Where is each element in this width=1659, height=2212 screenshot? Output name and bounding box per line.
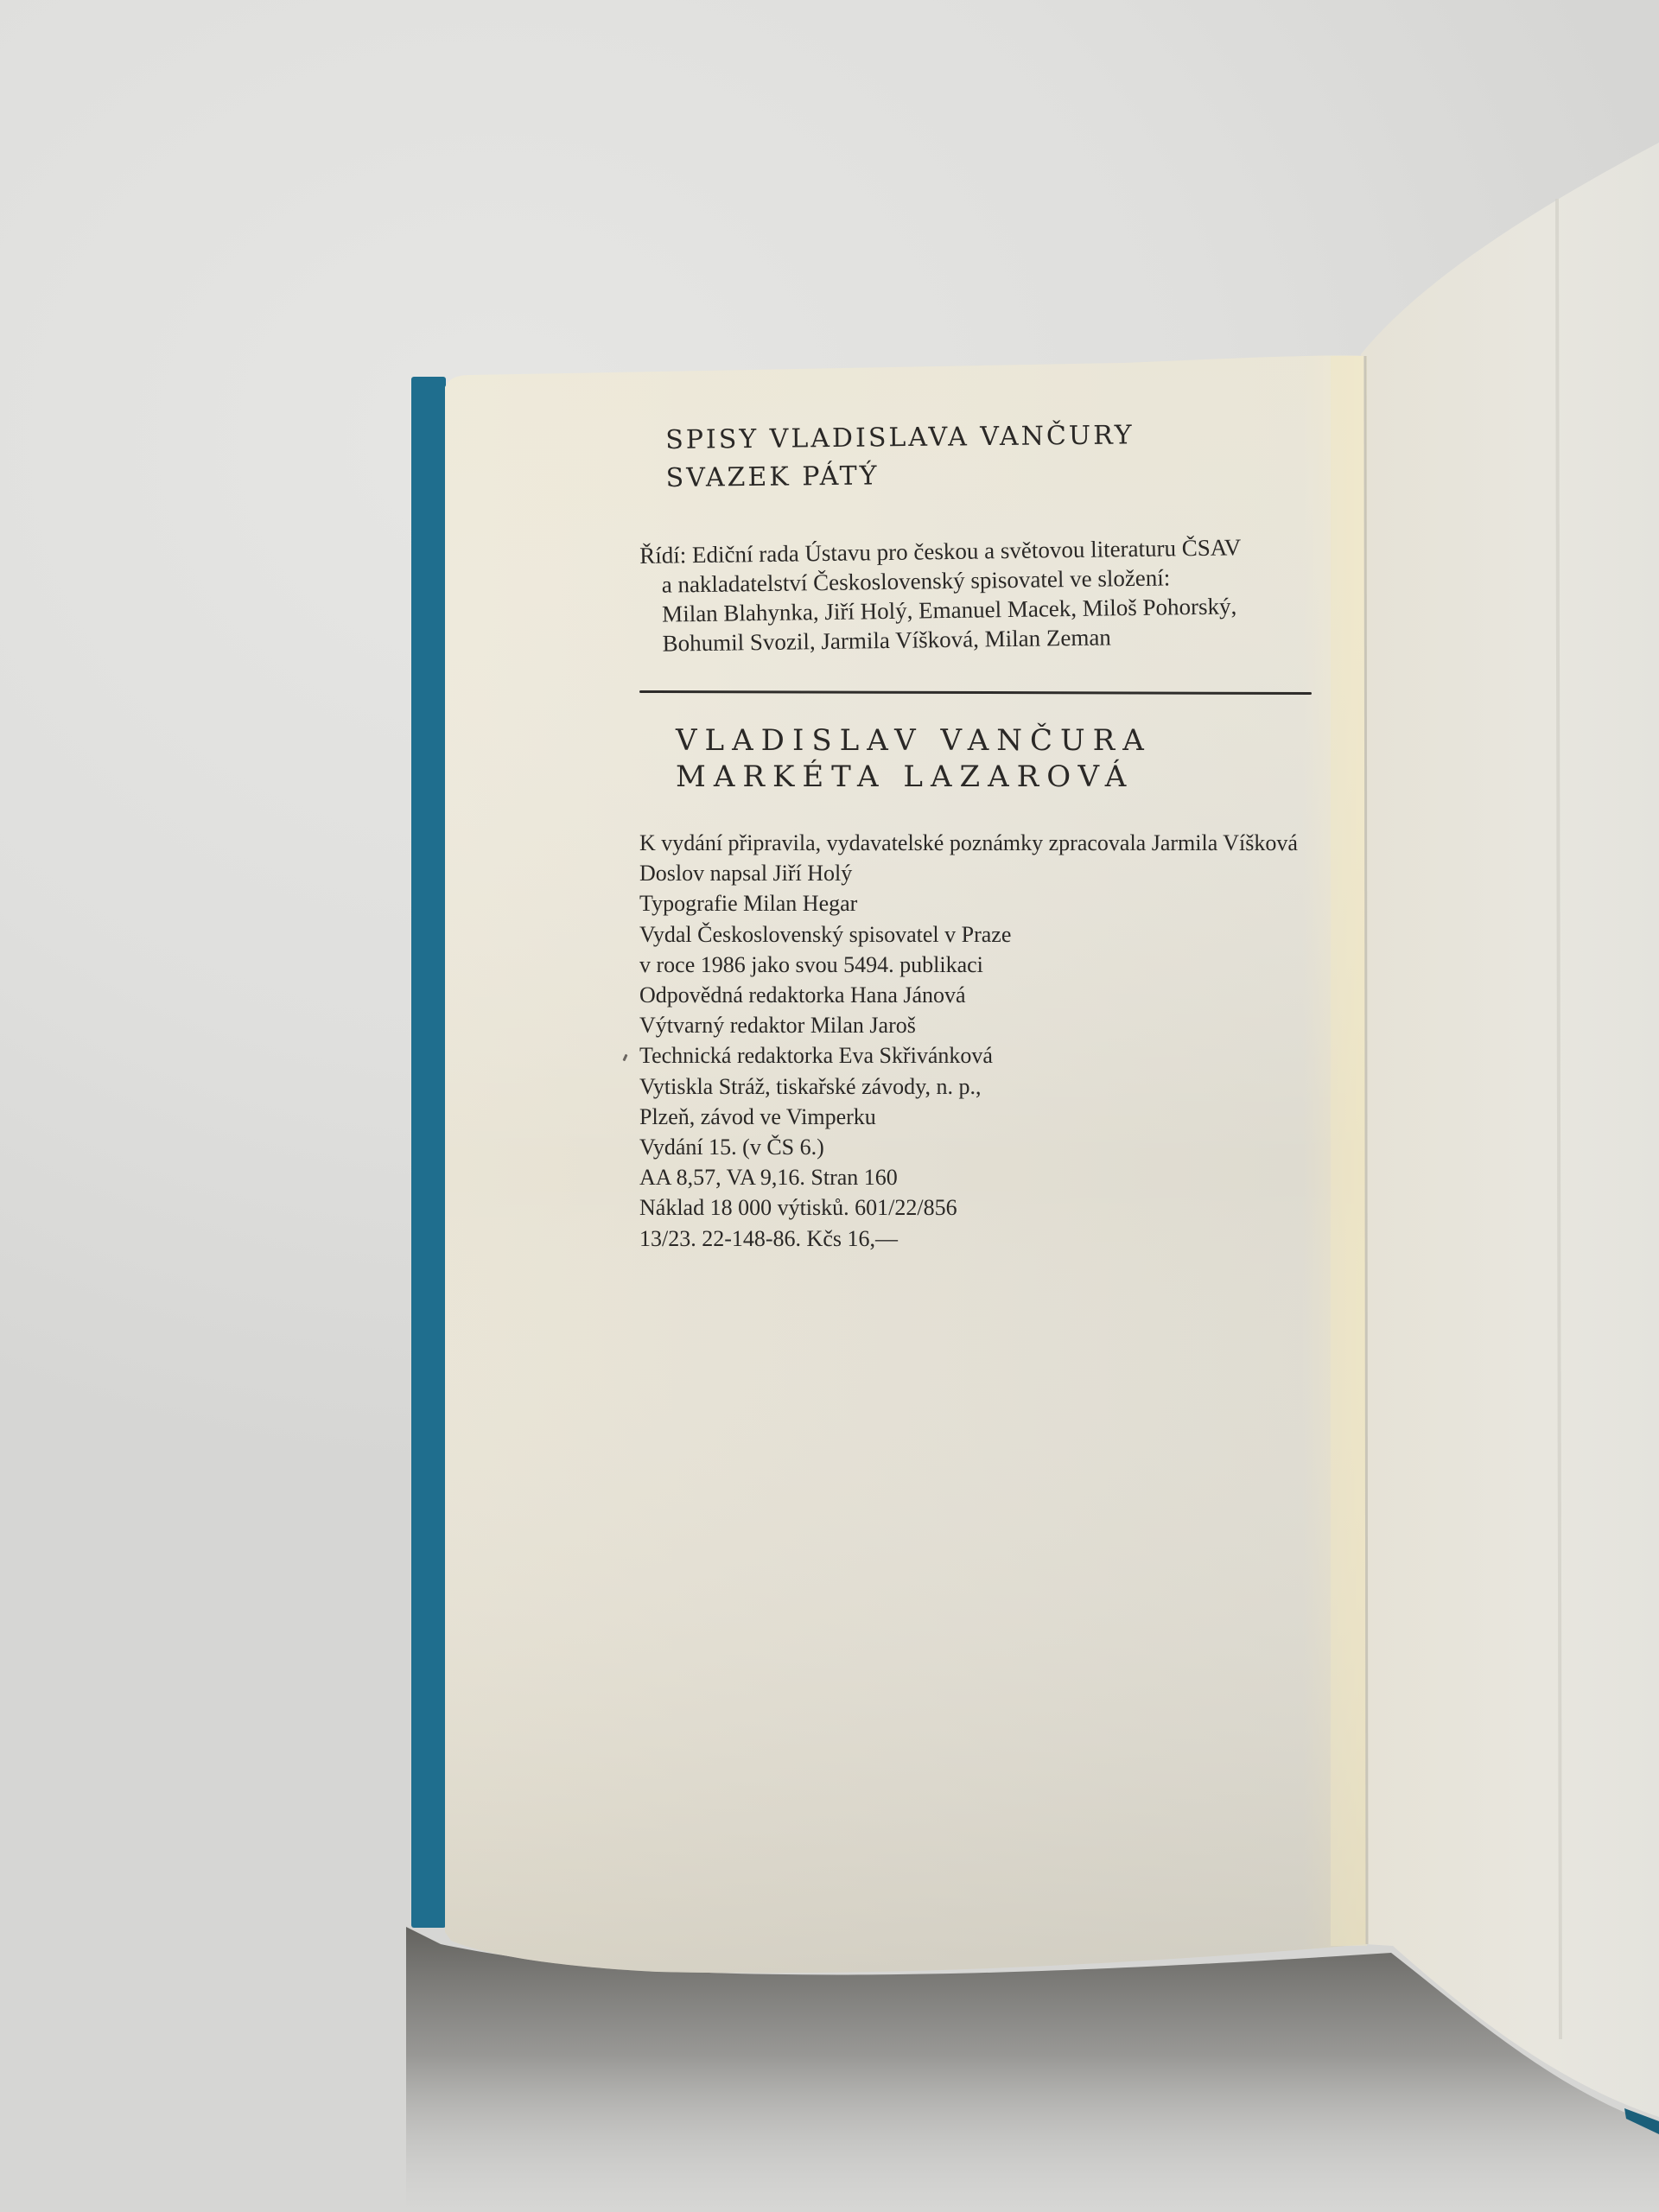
volume-number: SVAZEK PÁTÝ <box>665 454 1135 498</box>
colophon-line: Výtvarný redaktor Milan Jaroš <box>639 1010 1298 1040</box>
colophon-line: Technická redaktorka Eva Skřivánková <box>639 1040 1298 1071</box>
colophon-line: K vydání připravila, vydavatelské poznám… <box>639 828 1298 858</box>
editorial-board: Řídí: Ediční rada Ústavu pro českou a sv… <box>639 532 1243 658</box>
right-page <box>1361 143 1659 2117</box>
colophon-line: Doslov napsal Jiří Holý <box>639 858 1298 888</box>
colophon-line: Typografie Milan Hegar <box>639 888 1298 918</box>
colophon-line: AA 8,57, VA 9,16. Stran 160 <box>639 1162 1298 1192</box>
colophon-line: Vydání 15. (v ČS 6.) <box>639 1132 1298 1162</box>
colophon-line: Náklad 18 000 výtisků. 601/22/856 <box>639 1192 1298 1223</box>
series-title: SPISY VLADISLAVA VANČURY SVAZEK PÁTÝ <box>665 416 1135 498</box>
author-name: VLADISLAV VANČURA <box>676 722 1152 759</box>
series-name: SPISY VLADISLAVA VANČURY <box>665 416 1135 460</box>
colophon: K vydání připravila, vydavatelské poznám… <box>639 828 1298 1254</box>
book-title: MARKÉTA LAZAROVÁ <box>676 759 1152 795</box>
work-heading: VLADISLAV VANČURA MARKÉTA LAZAROVÁ <box>676 722 1152 795</box>
colophon-line: Vytiskla Stráž, tiskařské závody, n. p., <box>639 1071 1298 1102</box>
colophon-line: v roce 1986 jako svou 5494. publikaci <box>639 950 1298 980</box>
blue-cover-left <box>411 377 446 1928</box>
colophon-line: 13/23. 22-148-86. Kčs 16,— <box>639 1224 1298 1254</box>
colophon-line: Odpovědná redaktorka Hana Jánová <box>639 980 1298 1010</box>
colophon-line: Vydal Československý spisovatel v Praze <box>639 919 1298 950</box>
colophon-line: Plzeň, závod ve Vimperku <box>639 1102 1298 1132</box>
